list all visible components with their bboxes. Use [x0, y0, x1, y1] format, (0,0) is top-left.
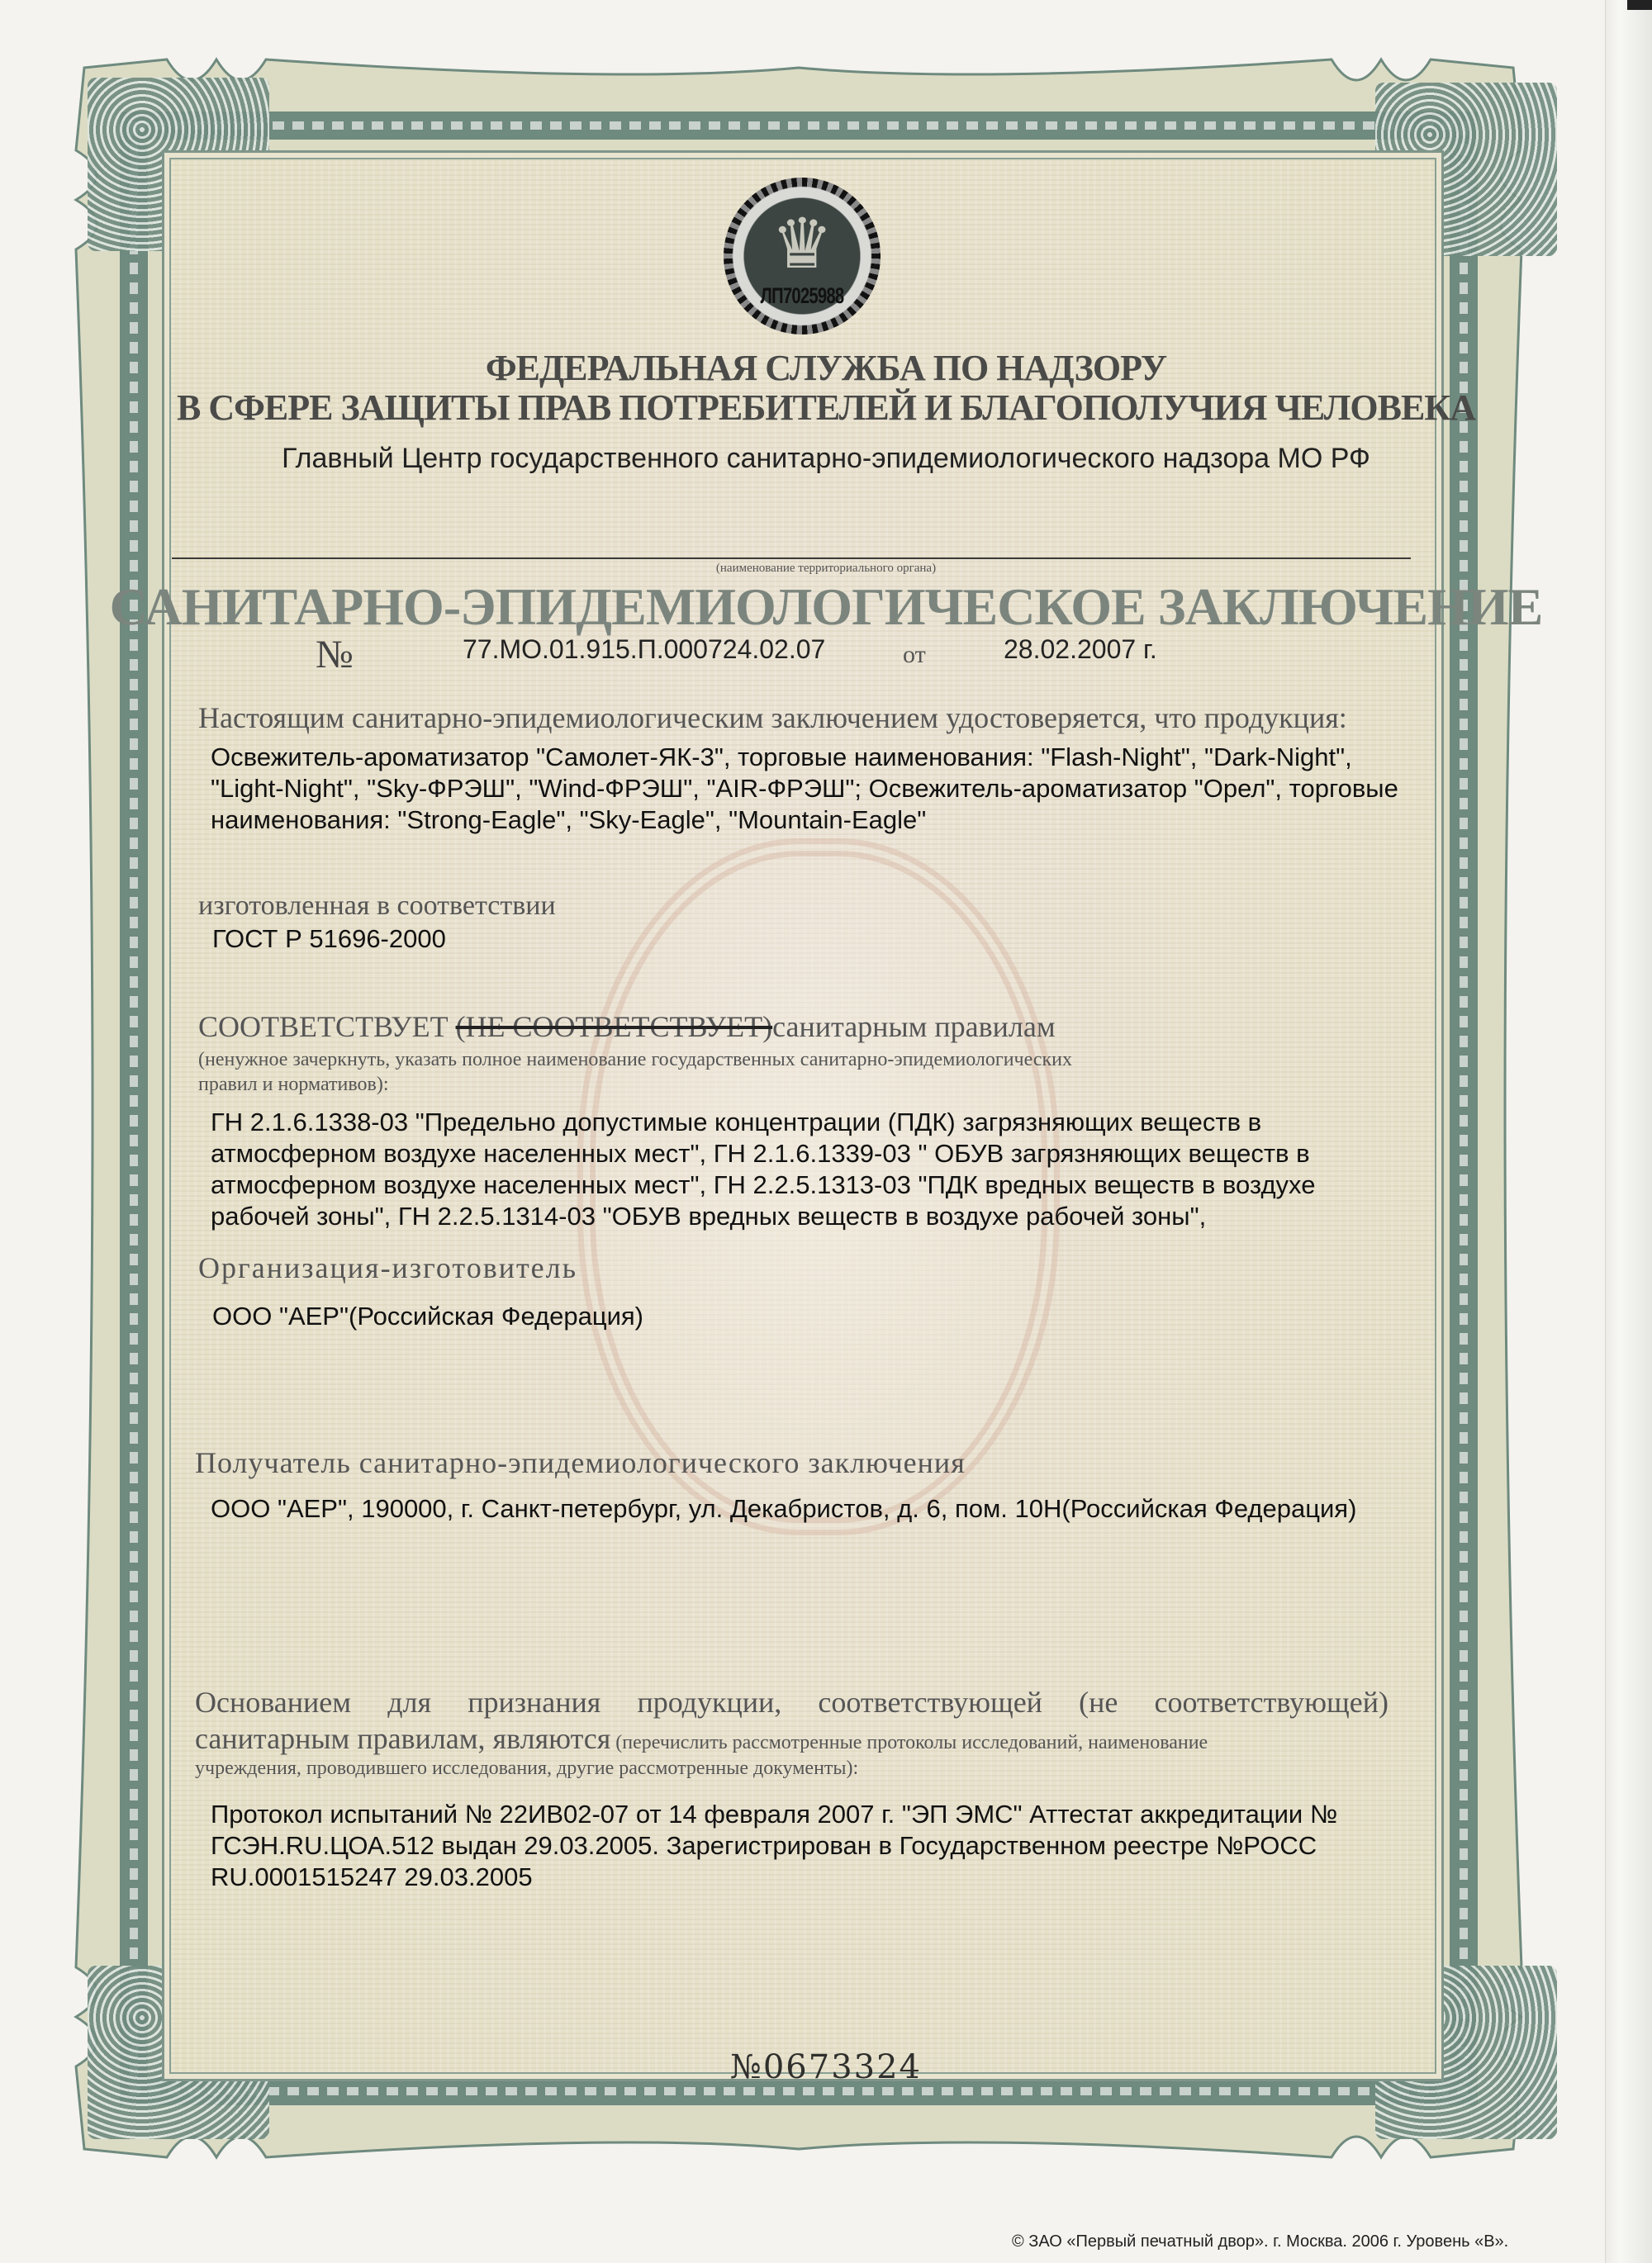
- manufacturer-label: Организация-изготовитель: [198, 1250, 577, 1285]
- double-headed-eagle-icon: ♛: [724, 209, 881, 278]
- product-description: Освежитель-ароматизатор "Самолет-ЯК-3", …: [211, 742, 1398, 836]
- recipient-label: Получатель санитарно-эпидемиологического…: [195, 1445, 966, 1480]
- product-line: "Light-Night", "Sky-ФРЭШ", "Wind-ФРЭШ", …: [211, 773, 1398, 804]
- document-date: 28.02.2007 г.: [1004, 634, 1157, 665]
- struck-alternative: (НЕ СООТВЕТСТВУЕТ): [456, 1010, 773, 1043]
- document-title: САНИТАРНО-ЭПИДЕМИОЛОГИЧЕСКОЕ ЗАКЛЮЧЕНИЕ: [0, 576, 1652, 638]
- basis-line: Протокол испытаний № 22ИВ02-07 от 14 фев…: [211, 1799, 1337, 1830]
- agency-name-line1: ФЕДЕРАЛЬНАЯ СЛУЖБА ПО НАДЗОРУ: [0, 347, 1652, 389]
- conformity-status: СООТВЕТСТВУЕТ: [198, 1010, 449, 1043]
- product-line: Освежитель-ароматизатор "Самолет-ЯК-3", …: [211, 742, 1398, 773]
- basis-label: Основанием для признания продукции, соот…: [195, 1685, 1389, 1781]
- date-prefix: от: [903, 641, 926, 669]
- agency-name-line2: В СФЕРЕ ЗАЩИТЫ ПРАВ ПОТРЕБИТЕЛЕЙ И БЛАГО…: [0, 387, 1652, 429]
- blank-serial-number: №0673324: [0, 2048, 1652, 2086]
- standard-value: ГОСТ Р 51696-2000: [212, 923, 446, 955]
- rule-line: атмосферном воздухе населенных мест", ГН…: [211, 1169, 1315, 1201]
- manufacturer-value: ООО "АЕР"(Российская Федерация): [212, 1301, 643, 1332]
- rule-line: атмосферном воздухе населенных мест", ГН…: [211, 1138, 1315, 1169]
- basis-line: ГСЭН.RU.ЦОА.512 выдан 29.03.2005. Зареги…: [211, 1830, 1337, 1862]
- emblem-serial: ЛП7025988: [756, 283, 849, 309]
- divider: [172, 557, 1411, 559]
- conformity-hint: (ненужное зачеркнуть, указать полное наи…: [198, 1047, 1072, 1097]
- conformity-line: СООТВЕТСТВУЕТ (НЕ СООТВЕТСТВУЕТ)санитарн…: [198, 1009, 1056, 1044]
- product-label: Настоящим санитарно-эпидемиологическим з…: [198, 700, 1347, 735]
- number-sign: №: [316, 632, 354, 677]
- scan-artifact: [1627, 0, 1652, 10]
- emblem-seal: ♛ ЛП7025988: [724, 178, 881, 334]
- printer-imprint: © ЗАО «Первый печатный двор». г. Москва.…: [1012, 2232, 1508, 2251]
- recipient-value: ООО "АЕР", 190000, г. Санкт-петербург, у…: [211, 1493, 1356, 1525]
- rule-line: рабочей зоны", ГН 2.2.5.1314-03 "ОБУВ вр…: [211, 1201, 1315, 1232]
- rule-line: ГН 2.1.6.1338-03 "Предельно допустимые к…: [211, 1107, 1315, 1138]
- sanitary-rules: ГН 2.1.6.1338-03 "Предельно допустимые к…: [211, 1107, 1315, 1232]
- conformity-suffix: санитарным правилам: [772, 1010, 1056, 1043]
- territorial-body-caption: (наименование территориального органа): [0, 562, 1652, 576]
- basis-line: RU.0001515247 29.03.2005: [211, 1862, 1337, 1893]
- territorial-body: Главный Центр государственного санитарно…: [0, 443, 1652, 475]
- paper-edge: [1605, 0, 1652, 2263]
- product-line: наименования: "Strong-Eagle", "Sky-Eagle…: [211, 804, 1398, 836]
- document-number: 77.МО.01.915.П.000724.02.07: [463, 634, 825, 665]
- standard-label: изготовленная в соответствии: [198, 890, 556, 922]
- basis-documents: Протокол испытаний № 22ИВ02-07 от 14 фев…: [211, 1799, 1337, 1893]
